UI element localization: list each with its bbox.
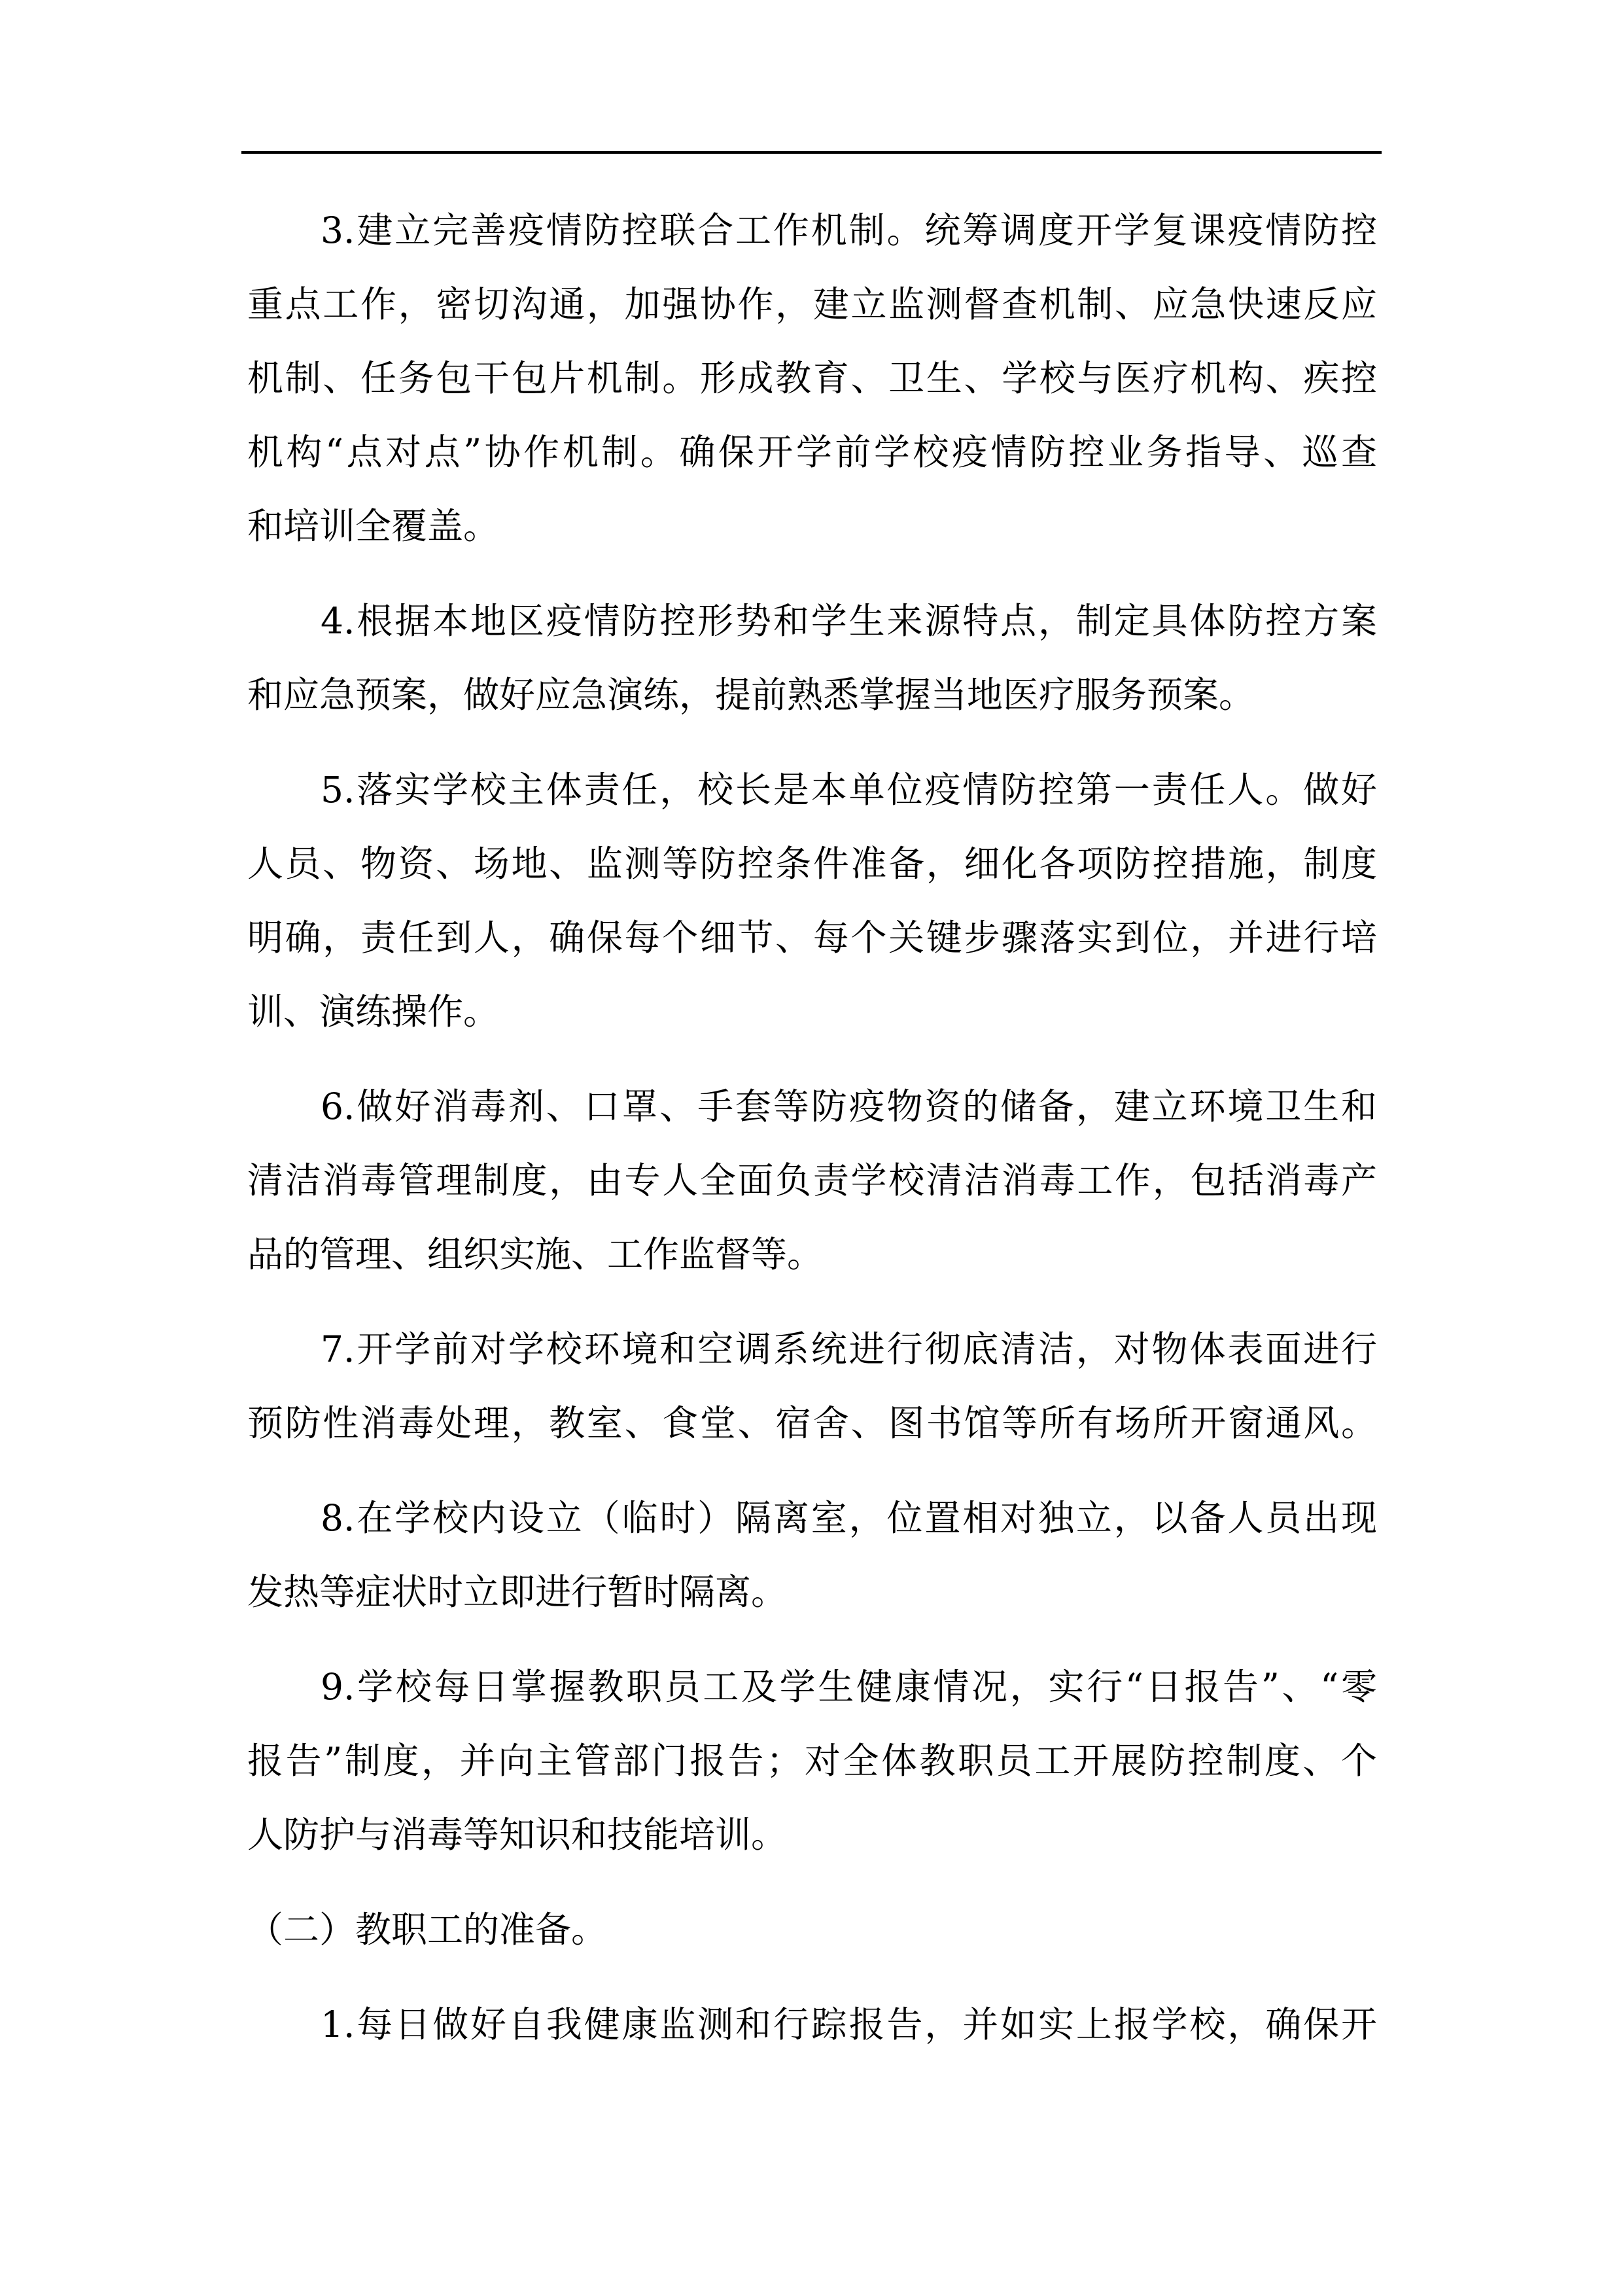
text-line: 训、演练操作。 [247, 975, 1377, 1049]
text-line: 明确，责任到人，确保每个细节、每个关键步骤落实到位，并进行培 [247, 901, 1377, 975]
paragraph-item-1: 1.每日做好自我健康监测和行踪报告，并如实上报学校，确保开 [247, 1988, 1377, 2062]
document-body: 3.建立完善疫情防控联合工作机制。统筹调度开学复课疫情防控 重点工作，密切沟通，… [247, 194, 1377, 2083]
text-line: 和应急预案，做好应急演练，提前熟悉掌握当地医疗服务预案。 [247, 658, 1377, 732]
text-line: 预防性消毒处理，教室、食堂、宿舍、图书馆等所有场所开窗通风。 [247, 1386, 1377, 1460]
text-line: 7.开学前对学校环境和空调系统进行彻底清洁，对物体表面进行 [247, 1313, 1377, 1386]
text-line: 机构“点对点”协作机制。确保开学前学校疫情防控业务指导、巡查 [247, 415, 1377, 489]
section-heading-text: （二）教职工的准备。 [247, 1893, 1377, 1967]
text-line: 品的管理、组织实施、工作监督等。 [247, 1218, 1377, 1292]
text-line: 4.根据本地区疫情防控形势和学生来源特点，制定具体防控方案 [247, 584, 1377, 658]
text-line: 机制、任务包干包片机制。形成教育、卫生、学校与医疗机构、疾控 [247, 342, 1377, 415]
text-line: 8.在学校内设立（临时）隔离室，位置相对独立，以备人员出现 [247, 1481, 1377, 1555]
text-line: 重点工作，密切沟通，加强协作，建立监测督查机制、应急快速反应 [247, 268, 1377, 342]
text-line: 人防护与消毒等知识和技能培训。 [247, 1798, 1377, 1872]
text-line: 6.做好消毒剂、口罩、手套等防疫物资的储备，建立环境卫生和 [247, 1070, 1377, 1144]
text-line: 报告”制度，并向主管部门报告；对全体教职员工开展防控制度、个 [247, 1724, 1377, 1798]
document-page: 3.建立完善疫情防控联合工作机制。统筹调度开学复课疫情防控 重点工作，密切沟通，… [0, 0, 1623, 2296]
paragraph-item-6: 6.做好消毒剂、口罩、手套等防疫物资的储备，建立环境卫生和 清洁消毒管理制度，由… [247, 1070, 1377, 1292]
header-rule [241, 151, 1382, 154]
text-line: 9.学校每日掌握教职员工及学生健康情况，实行“日报告”、“零 [247, 1650, 1377, 1724]
text-line: 1.每日做好自我健康监测和行踪报告，并如实上报学校，确保开 [247, 1988, 1377, 2062]
text-line: 人员、物资、场地、监测等防控条件准备，细化各项防控措施，制度 [247, 827, 1377, 901]
text-line: 发热等症状时立即进行暂时隔离。 [247, 1555, 1377, 1629]
paragraph-item-9: 9.学校每日掌握教职员工及学生健康情况，实行“日报告”、“零 报告”制度，并向主… [247, 1650, 1377, 1872]
text-line: 清洁消毒管理制度，由专人全面负责学校清洁消毒工作，包括消毒产 [247, 1144, 1377, 1218]
section-heading: （二）教职工的准备。 [247, 1893, 1377, 1967]
paragraph-item-5: 5.落实学校主体责任，校长是本单位疫情防控第一责任人。做好 人员、物资、场地、监… [247, 753, 1377, 1049]
text-line: 和培训全覆盖。 [247, 489, 1377, 563]
text-line: 3.建立完善疫情防控联合工作机制。统筹调度开学复课疫情防控 [247, 194, 1377, 268]
paragraph-item-4: 4.根据本地区疫情防控形势和学生来源特点，制定具体防控方案 和应急预案，做好应急… [247, 584, 1377, 732]
text-line: 5.落实学校主体责任，校长是本单位疫情防控第一责任人。做好 [247, 753, 1377, 827]
paragraph-item-3: 3.建立完善疫情防控联合工作机制。统筹调度开学复课疫情防控 重点工作，密切沟通，… [247, 194, 1377, 563]
paragraph-item-7: 7.开学前对学校环境和空调系统进行彻底清洁，对物体表面进行 预防性消毒处理，教室… [247, 1313, 1377, 1460]
paragraph-item-8: 8.在学校内设立（临时）隔离室，位置相对独立，以备人员出现 发热等症状时立即进行… [247, 1481, 1377, 1629]
